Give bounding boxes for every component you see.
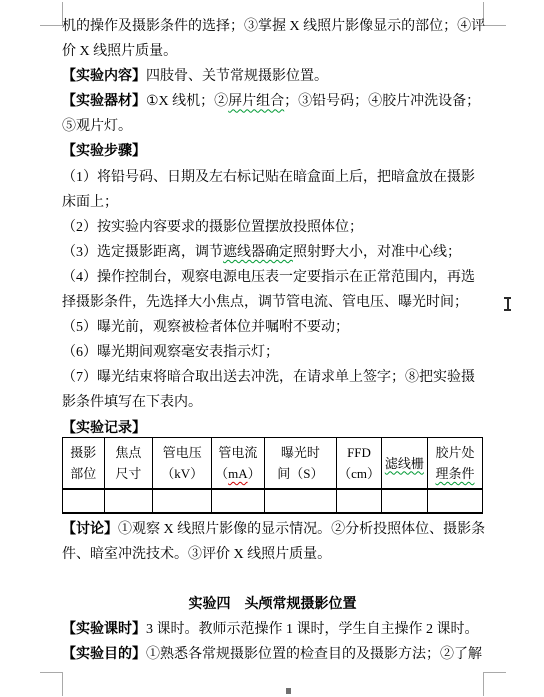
table-empty-row (63, 489, 483, 513)
section-label: 【讨论】 (62, 522, 118, 537)
text-run: 摄影 (70, 445, 96, 460)
text-run: （kV） (161, 466, 203, 481)
margin-crop-mark-top-left (40, 2, 63, 26)
table-header: 摄影部位焦点尺寸管电压（kV）管电流（mA）曝光时间（S）FFD（cm）滤线栅胶… (63, 438, 483, 490)
header-cell-line: 管电压 (153, 442, 211, 463)
text-run: 焦点 (115, 445, 141, 460)
text-line: 价 X 线照片质量。 (62, 39, 483, 64)
text-run: ⑤观片灯。 (62, 119, 132, 134)
header-cell-line: 摄影 (63, 442, 104, 463)
text-line: 【实验目的】①熟悉各常规摄影位置的检查目的及摄影方法；②了解 (62, 642, 483, 667)
document-text-block-lower[interactable]: 【讨论】①观察 X 线照片影像的显示情况。②分析投照体位、摄影条件、暗室冲洗技术… (62, 517, 483, 668)
header-cell-line: 焦点 (105, 442, 153, 463)
ibeam-stem (507, 298, 509, 310)
table-header-tube-current: 管电流（mA） (212, 438, 265, 490)
table-header-photo-part: 摄影部位 (63, 438, 105, 490)
margin-crop-mark-bottom-right (483, 672, 506, 696)
header-cell-line: 曝光时 (265, 442, 337, 463)
header-cell-line: 胶片处 (428, 442, 482, 463)
text-run: 床面上； (62, 195, 118, 210)
section-label: 【实验记录】 (62, 421, 146, 436)
text-line: 【实验课时】3 课时。教师示范操作 1 课时，学生自主操作 2 课时。 (62, 617, 483, 642)
text-run: ；③铅号码；④胶片冲洗设备； (284, 94, 480, 109)
text-line: 【讨论】①观察 X 线照片影像的显示情况。②分析投照体位、摄影条 (62, 517, 483, 542)
text-run: 胶片处 (435, 445, 474, 460)
section-label: 【实验步骤】 (62, 144, 146, 159)
text-line: 床面上； (62, 190, 483, 215)
table-empty-cell-focus-size[interactable] (104, 489, 153, 513)
table-header-ffd: FFD（cm） (337, 438, 382, 490)
text-run: 件、暗室冲洗技术。③评价 X 线照片质量。 (62, 547, 331, 562)
text-run: 曝光时 (281, 445, 320, 460)
table-header-tube-voltage: 管电压（kV） (153, 438, 212, 490)
text-cursor-ibeam (503, 297, 512, 311)
text-run: 尺寸 (115, 466, 141, 481)
text-run: ①熟悉各常规摄影位置的检查目的及摄影方法；②了解 (146, 647, 482, 662)
text-run: （3）选定摄影距离，调节 (62, 245, 223, 260)
text-run: 管电流 (218, 445, 257, 460)
text-run: （6）曝光期间观察毫安表指示灯； (62, 345, 279, 360)
table-empty-cell-photo-part[interactable] (63, 489, 105, 513)
header-cell-line: FFD (337, 442, 381, 463)
text-run: ①观察 X 线照片影像的显示情况。②分析投照体位、摄影条 (118, 522, 485, 537)
text-line: 【实验步骤】 (62, 139, 483, 164)
text-run: （4）操作控制台，观察电源电压表一定要指示在正常范围内，再选 (62, 270, 475, 285)
table-empty-cell-grid[interactable] (381, 489, 427, 513)
misspelled-text: 理条件 (435, 466, 474, 481)
section-label: 【实验课时】 (62, 622, 146, 637)
text-run: 照射野大小，对准中心线； (293, 245, 461, 260)
text-run: ） (248, 466, 261, 481)
header-cell-line: （mA） (212, 463, 264, 484)
margin-crop-mark-top-right (483, 2, 506, 26)
text-run: （5）曝光前，观察被检者体位并嘱咐不要动； (62, 320, 349, 335)
text-run: ①X 线机；② (146, 94, 228, 109)
misspelled-text: 遮线器确定 (223, 245, 293, 260)
text-run: FFD (347, 445, 371, 460)
text-line: （7）曝光结束将暗合取出送去冲洗，在请求单上签字；⑧把实验摄 (62, 365, 483, 390)
text-run: 机的操作及摄影条件的选择；③掌握 X 线照片影像显示的部位；④评 (62, 19, 485, 34)
text-line: （1）将铅号码、日期及左右标记贴在暗盒面上后，把暗盒放在摄影 (62, 165, 483, 190)
text-run: （ (215, 466, 228, 481)
document-page[interactable]: { "colors": { "text": "#000000", "spellc… (0, 0, 544, 697)
text-line: （5）曝光前，观察被检者体位并嘱咐不要动； (62, 315, 483, 340)
text-line: （3）选定摄影距离，调节遮线器确定照射野大小，对准中心线； (62, 240, 483, 265)
text-run: （2）按实验内容要求的摄影位置摆放投照体位； (62, 220, 363, 235)
table-empty-cell-exposure-time[interactable] (264, 489, 337, 513)
text-run: 3 课时。教师示范操作 1 课时，学生自主操作 2 课时。 (146, 622, 479, 637)
table-header-exposure-time: 曝光时间（S） (264, 438, 337, 490)
text-run: （cm） (338, 466, 380, 481)
text-line: （6）曝光期间观察毫安表指示灯； (62, 340, 483, 365)
text-line: 件、暗室冲洗技术。③评价 X 线照片质量。 (62, 542, 483, 567)
table-empty-cell-ffd[interactable] (337, 489, 382, 513)
section-label: 【实验目的】 (62, 647, 146, 662)
header-cell-line: 滤线栅 (382, 453, 427, 474)
table-header-grid: 滤线栅 (381, 438, 427, 490)
page-number-partial (286, 688, 291, 694)
header-cell-line: 理条件 (428, 463, 482, 484)
header-cell-line: 间（S） (265, 463, 337, 484)
text-line: 【实验器材】①X 线机；②屏片组合；③铅号码；④胶片冲洗设备； (62, 89, 483, 114)
table-empty-cell-film-processing[interactable] (427, 489, 482, 513)
text-line: 择摄影条件，先选择大小焦点，调节管电流、管电压、曝光时间； (62, 290, 483, 315)
table-header-row: 摄影部位焦点尺寸管电压（kV）管电流（mA）曝光时间（S）FFD（cm）滤线栅胶… (63, 438, 483, 490)
header-cell-line: 部位 (63, 463, 104, 484)
misspelled-text: 滤线栅 (385, 456, 424, 471)
text-line: （4）操作控制台，观察电源电压表一定要指示在正常范围内，再选 (62, 265, 483, 290)
section-label: 实验四 头颅常规摄影位置 (189, 597, 357, 612)
text-run: 影条件填写在下表内。 (62, 395, 202, 410)
document-text-block-upper[interactable]: 机的操作及摄影条件的选择；③掌握 X 线照片影像显示的部位；④评价 X 线照片质… (62, 14, 483, 441)
blank-line (62, 567, 483, 592)
header-cell-line: 管电流 (212, 442, 264, 463)
misspelled-text: mA (228, 466, 248, 481)
text-run: 择摄影条件，先选择大小焦点，调节管电流、管电压、曝光时间； (62, 295, 468, 310)
section-label: 【实验内容】 (62, 69, 146, 84)
text-line: 机的操作及摄影条件的选择；③掌握 X 线照片影像显示的部位；④评 (62, 14, 483, 39)
text-run: 管电压 (163, 445, 202, 460)
text-line: 影条件填写在下表内。 (62, 390, 483, 415)
table-empty-cell-tube-current[interactable] (212, 489, 265, 513)
text-line: （2）按实验内容要求的摄影位置摆放投照体位； (62, 215, 483, 240)
table-header-film-processing: 胶片处理条件 (427, 438, 482, 490)
text-run: 部位 (70, 466, 96, 481)
text-line: ⑤观片灯。 (62, 114, 483, 139)
text-run: 四肢骨、关节常规摄影位置。 (146, 69, 328, 84)
header-cell-line: （kV） (153, 463, 211, 484)
margin-crop-mark-bottom-left (40, 672, 63, 696)
header-cell-line: （cm） (337, 463, 381, 484)
table-empty-cell-tube-voltage[interactable] (153, 489, 212, 513)
text-run: 间（S） (277, 466, 323, 481)
misspelled-text: 屏片组合 (228, 94, 284, 109)
text-run: （1）将铅号码、日期及左右标记贴在暗盒面上后，把暗盒放在摄影 (62, 170, 475, 185)
table-header-focus-size: 焦点尺寸 (104, 438, 153, 490)
text-run: 价 X 线照片质量。 (62, 44, 177, 59)
section-title: 实验四 头颅常规摄影位置 (62, 592, 483, 617)
text-line: 【实验内容】四肢骨、关节常规摄影位置。 (62, 64, 483, 89)
text-run: （7）曝光结束将暗合取出送去冲洗，在请求单上签字；⑧把实验摄 (62, 370, 475, 385)
header-cell-line: 尺寸 (105, 463, 153, 484)
section-label: 【实验器材】 (62, 94, 146, 109)
table-body (63, 489, 483, 513)
experiment-record-table: 摄影部位焦点尺寸管电压（kV）管电流（mA）曝光时间（S）FFD（cm）滤线栅胶… (62, 437, 483, 514)
